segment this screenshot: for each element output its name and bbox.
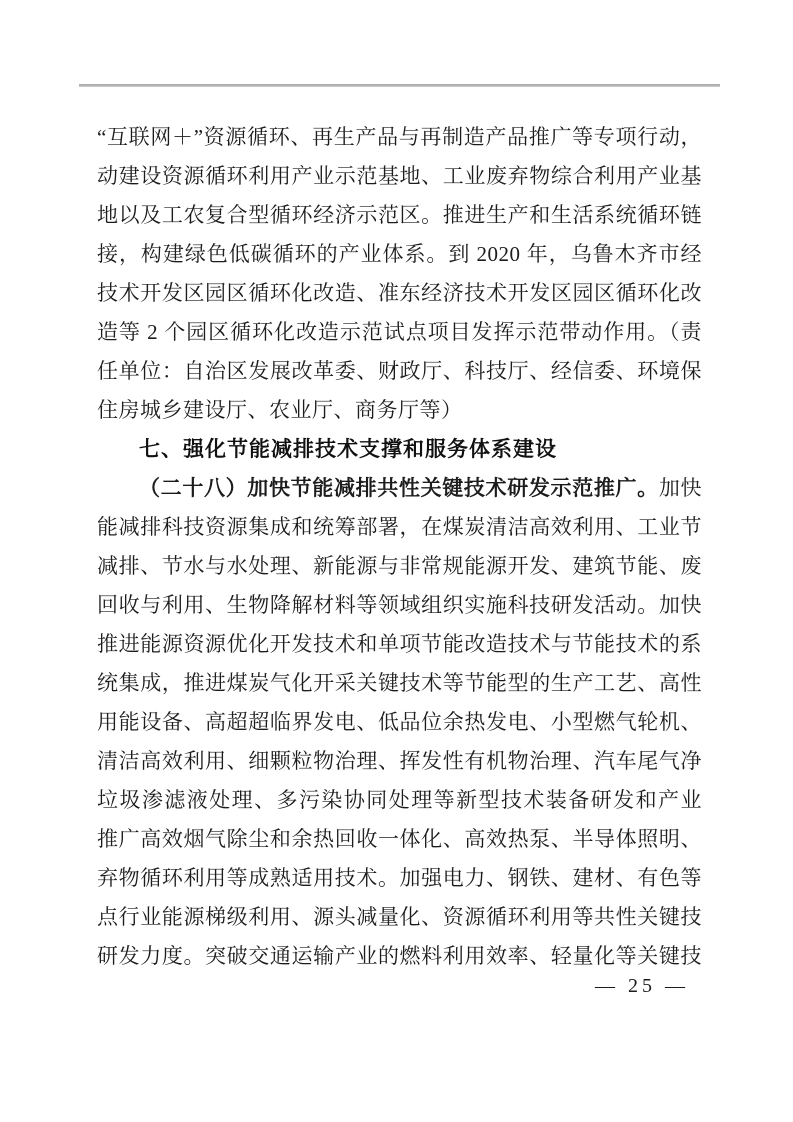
text-line: 弃物循环利用等成熟适用技术。加强电力、钢铁、建材、有色等重: [97, 859, 702, 898]
document-content: “互联网＋”资源循环、再生产品与再制造产品推广等专项行动，推 动建设资源循环利用…: [97, 118, 702, 976]
text-line: 住房城乡建设厅、农业厅、商务厅等）: [97, 391, 702, 430]
header-rule: [79, 84, 720, 87]
text-line: 回收与利用、生物降解材料等领域组织实施科技研发活动。加快: [97, 586, 702, 625]
text-line: 推进能源资源优化开发技术和单项节能改造技术与节能技术的系: [97, 625, 702, 664]
document-page: “互联网＋”资源循环、再生产品与再制造产品推广等专项行动，推 动建设资源循环利用…: [0, 0, 793, 1122]
text-line: “互联网＋”资源循环、再生产品与再制造产品推广等专项行动，推: [97, 118, 702, 157]
text-line: 垃圾渗滤液处理、多污染协同处理等新型技术装备研发和产业化。: [97, 781, 702, 820]
page-number: — 25 —: [595, 973, 689, 999]
subsection-title: （二十八）加快节能减排共性关键技术研发示范推广。: [139, 476, 659, 500]
paragraph-2: （二十八）加快节能减排共性关键技术研发示范推广。加快节 能减排科技资源集成和统筹…: [97, 469, 702, 976]
text-line: 统集成，推进煤炭气化开采关键技术等节能型的生产工艺、高性能: [97, 664, 702, 703]
text-line: 接，构建绿色低碳循环的产业体系。到 2020 年，乌鲁木齐市经济: [97, 235, 702, 274]
text-line: 技术开发区园区循环化改造、准东经济技术开发区园区循环化改: [97, 274, 702, 313]
text-line: 动建设资源循环利用产业示范基地、工业废弃物综合利用产业基: [97, 157, 702, 196]
text-line: 研发力度。突破交通运输产业的燃料利用效率、轻量化等关键技: [97, 937, 702, 976]
section-heading: 七、强化节能减排技术支撑和服务体系建设: [97, 430, 702, 469]
text-line: 地以及工农复合型循环经济示范区。推进生产和生活系统循环链: [97, 196, 702, 235]
text-line: 用能设备、高超超临界发电、低品位余热发电、小型燃气轮机、煤炭: [97, 703, 702, 742]
text-line: 能减排科技资源集成和统筹部署，在煤炭清洁高效利用、工业节能: [97, 508, 702, 547]
text-line: 减排、节水与水处理、新能源与非常规能源开发、建筑节能、废弃物: [97, 547, 702, 586]
text-line: 任单位：自治区发展改革委、财政厅、科技厅、经信委、环境保护厅、: [97, 352, 702, 391]
text-line: 推广高效烟气除尘和余热回收一体化、高效热泵、半导体照明、废: [97, 820, 702, 859]
text-line: 造等 2 个园区循环化改造示范试点项目发挥示范带动作用。（责: [97, 313, 702, 352]
text-line: （二十八）加快节能减排共性关键技术研发示范推广。加快节: [97, 469, 702, 508]
text-line: 清洁高效利用、细颗粒物治理、挥发性有机物治理、汽车尾气净化、: [97, 742, 702, 781]
paragraph-1: “互联网＋”资源循环、再生产品与再制造产品推广等专项行动，推 动建设资源循环利用…: [97, 118, 702, 430]
text-line: 点行业能源梯级利用、源头减量化、资源循环利用等共性关键技术: [97, 898, 702, 937]
